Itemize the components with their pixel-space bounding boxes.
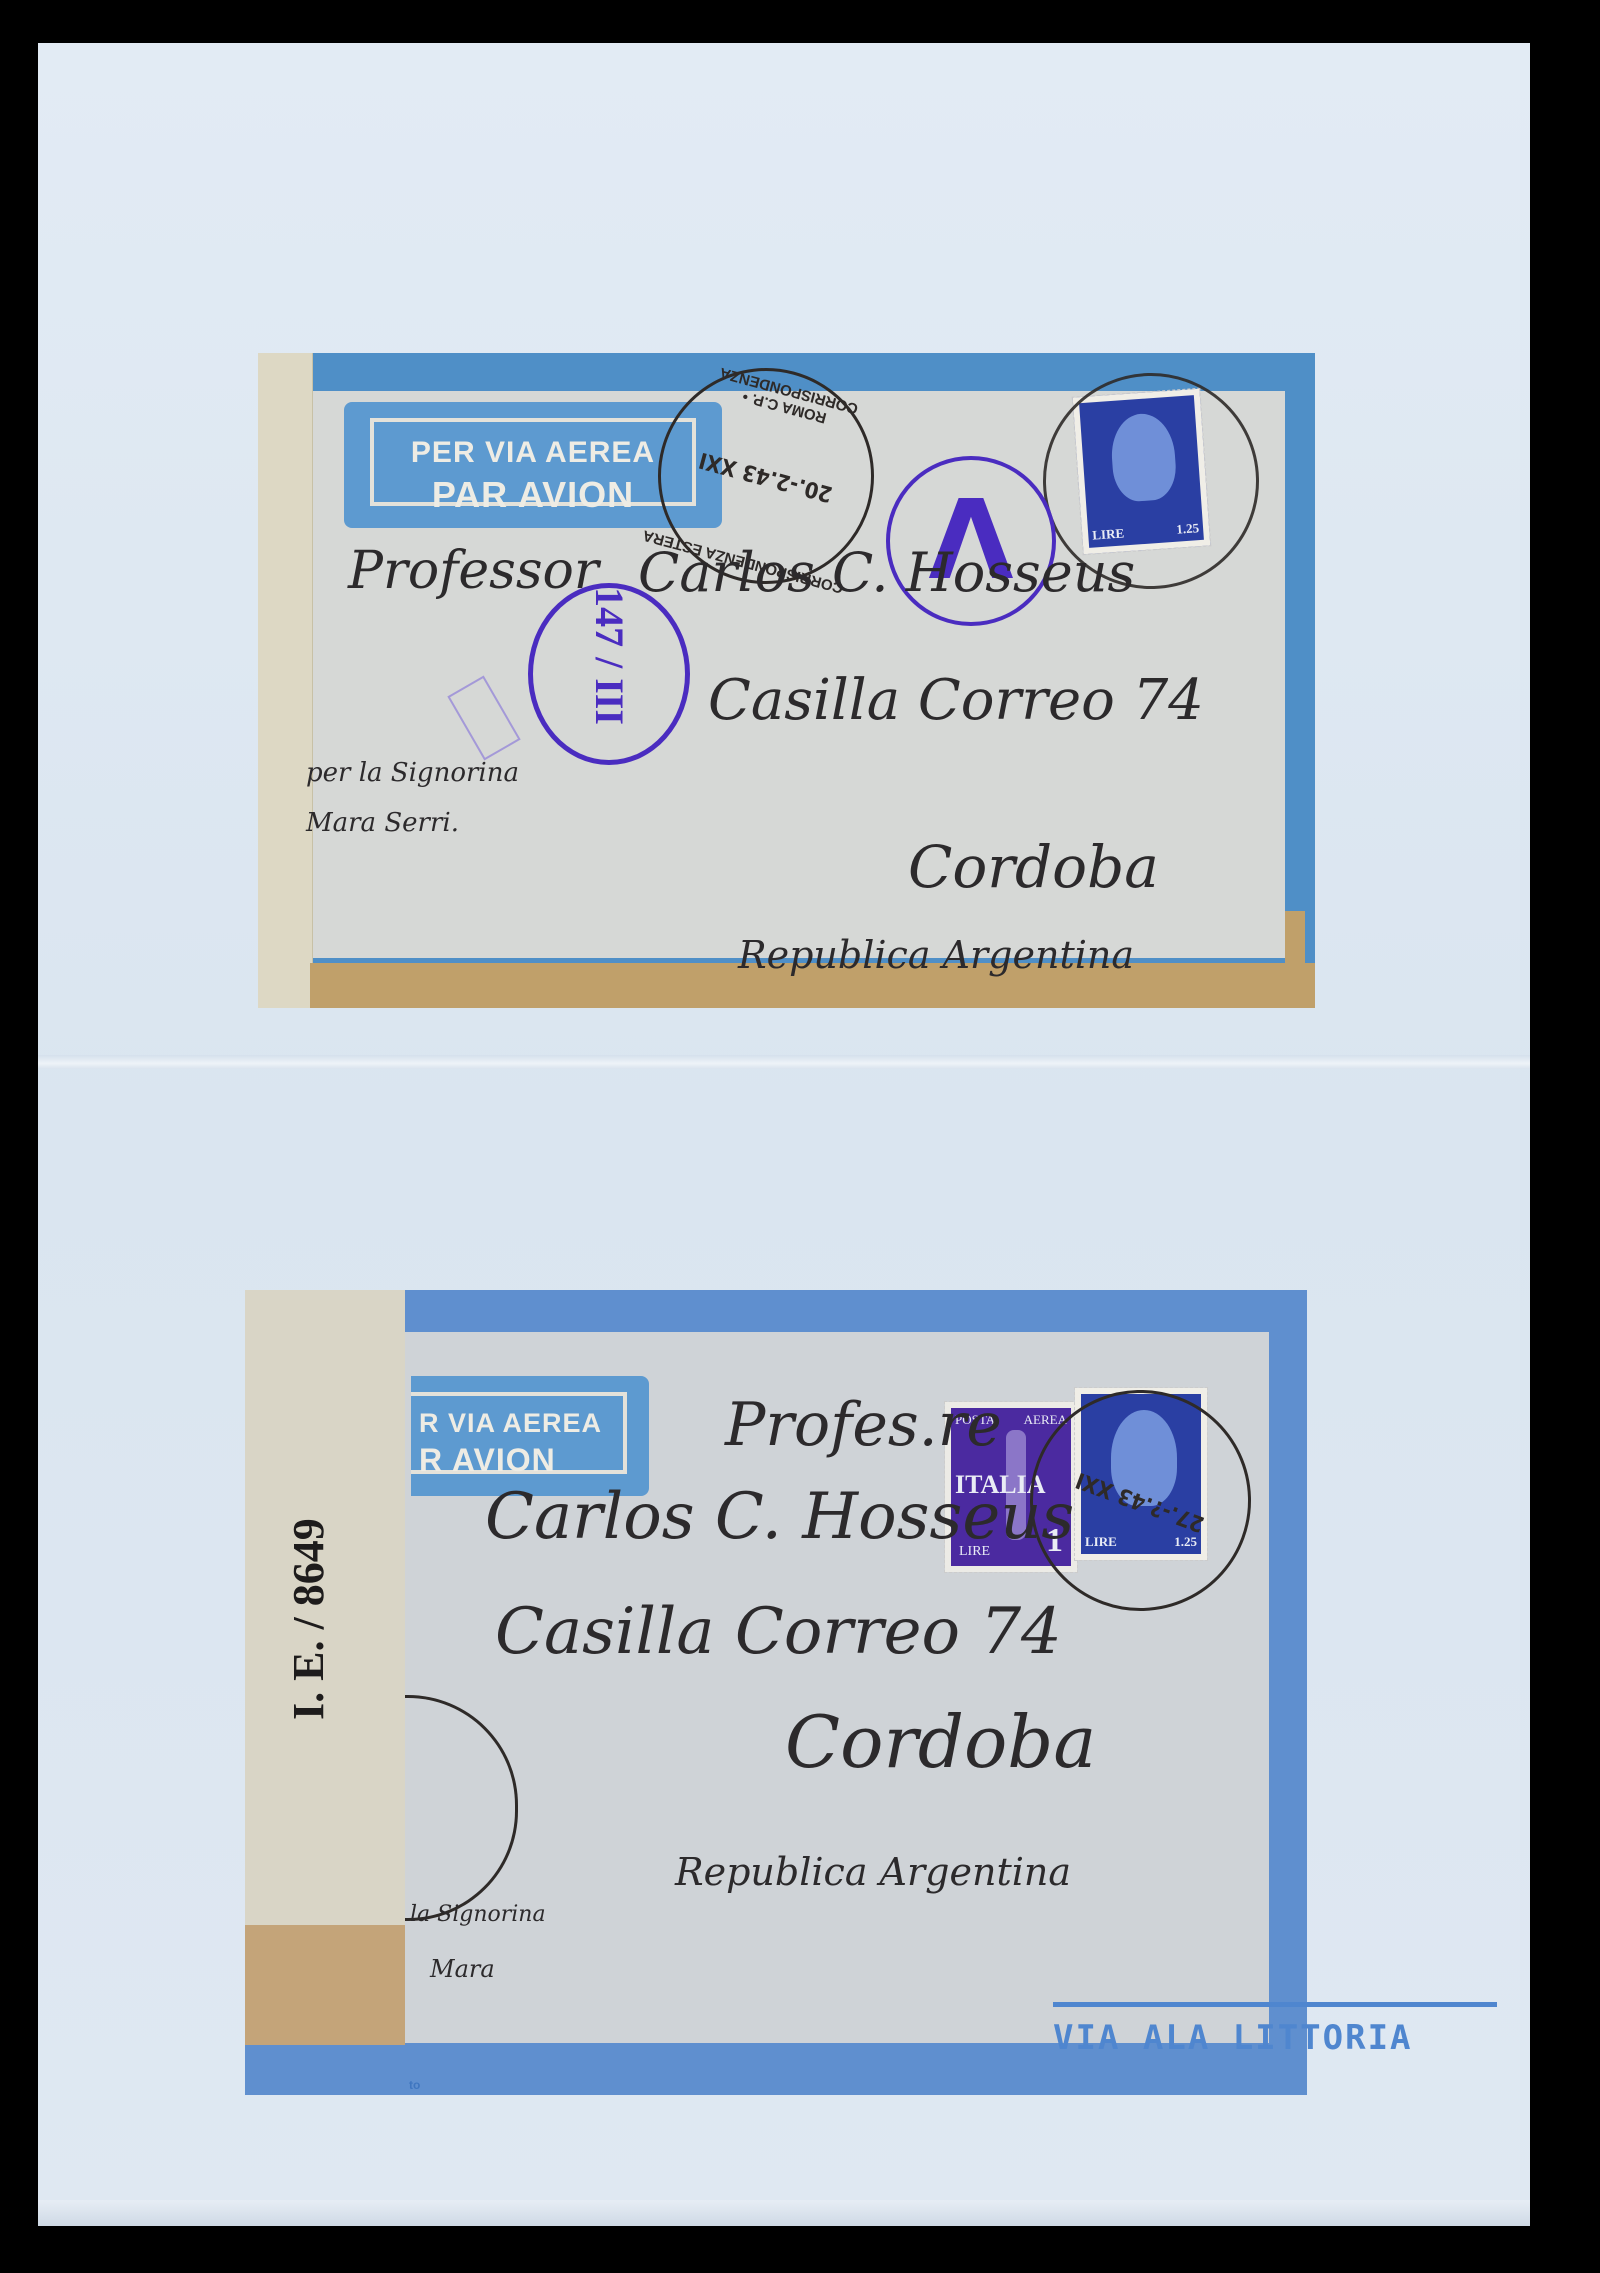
airmail-label: R VIA AEREA R AVION [415,1380,645,1492]
airmail-label-line1: R VIA AEREA [415,1408,645,1439]
footer-small-text: to [409,2078,420,2092]
page-bottom-edge [38,2200,1530,2226]
censor-tape-left [258,353,313,1008]
address-street: Casilla Correo 74 [495,1595,1062,1669]
censor-number: 147 / III [591,580,627,732]
page-divider [38,1055,1530,1069]
address-city: Cordoba [785,1700,1096,1784]
address-street: Casilla Correo 74 [708,668,1204,733]
address-country: Republica Argentina [675,1850,1071,1894]
address-city: Cordoba [908,833,1159,901]
censor-strip-label: I. E. / 8649 [283,1518,334,1720]
sender-note-line1: per la Signorina [306,758,519,788]
footer-rule [1053,2002,1497,2007]
censor-mark-147: 147 / III [528,583,690,765]
censor-tape [245,1925,405,2045]
footer-label: VIA ALA LITTORIA [1053,2018,1413,2058]
sender-note-line2: Mara [430,1955,495,1983]
sender-note-line2: Mara Serri. [306,808,459,838]
censor-tape-right [1285,911,1305,981]
address-title: Professor [348,541,599,601]
address-title: Profes.re [725,1390,1002,1460]
address-name: Carlos C. Hosseus [485,1480,1074,1554]
cover-1: PER VIA AEREA PAR AVION CORRISPONDENZA E… [258,353,1315,1008]
cover-2: I. E. / 8649 R VIA AEREA R AVION POSTA A… [245,1290,1307,2095]
postmark-date: 20.-2.43 XXI [661,437,870,516]
address-country: Republica Argentina [738,933,1134,977]
sender-note-line1: la Signorina [410,1902,546,1927]
airmail-label-line2: R AVION [415,1442,645,1479]
address-name: Carlos C. Hosseus [638,541,1135,604]
